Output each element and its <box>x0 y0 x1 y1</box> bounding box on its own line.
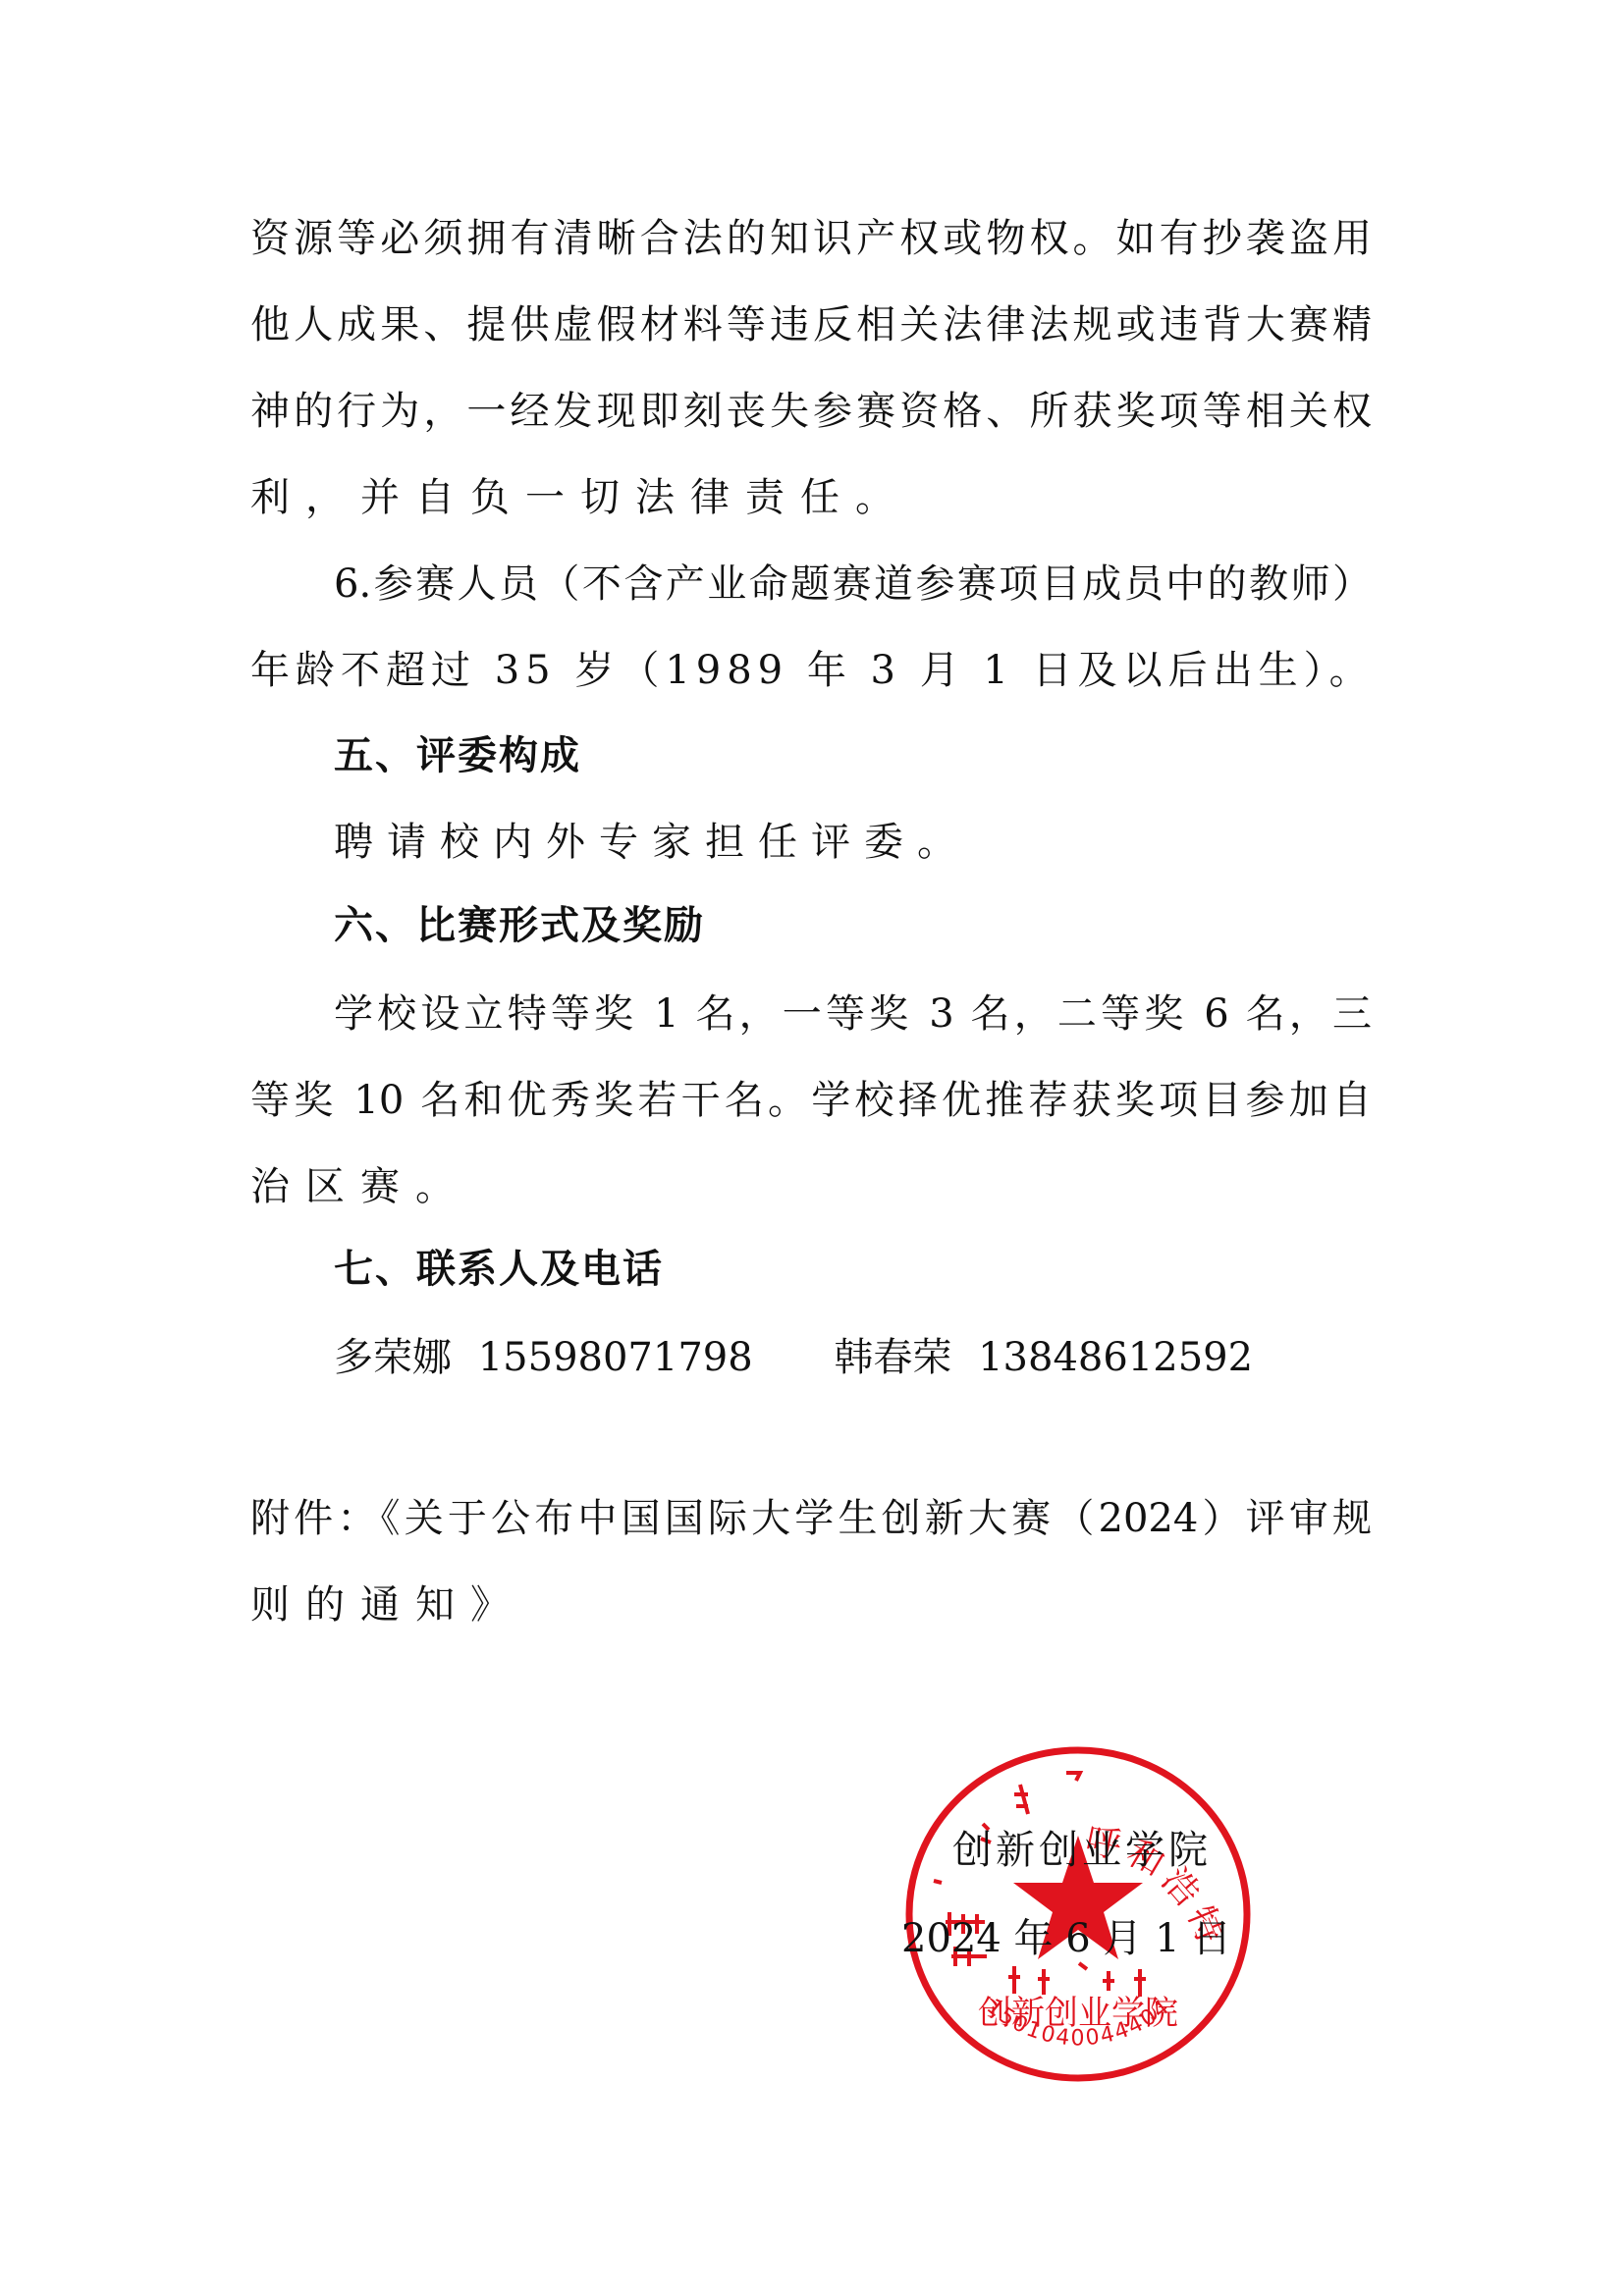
paragraph-line: 利，并自负一切法律责任。 <box>250 473 1372 522</box>
document-page: 资源等必须拥有清晰合法的知识产权或物权。如有抄袭盗用 他人成果、提供虚假材料等违… <box>0 0 1624 2296</box>
contact-phone: 15598071798 <box>478 1333 753 1382</box>
paragraph-line: 神的行为，一经发现即刻丧失参赛资格、所获奖项等相关权 <box>250 387 1372 436</box>
attachment-line: 附件：《关于公布中国国际大学生创新大赛（2024）评审规 <box>250 1494 1372 1543</box>
section-heading-contacts: 七、联系人及电话 <box>334 1245 664 1294</box>
awards-line: 治区赛。 <box>250 1162 1372 1211</box>
item-6-line: 6.参赛人员（不含产业命题赛道参赛项目成员中的教师） <box>334 560 1372 609</box>
signature-date: 2024 年 6 月 1 日 <box>901 1914 1231 1963</box>
contact-name: 韩春荣 <box>834 1333 951 1382</box>
contacts-line: 多荣娜 15598071798 韩春荣 13848612592 <box>334 1333 1253 1382</box>
paragraph-line: 他人成果、提供虚假材料等违反相关法律法规或违背大赛精 <box>250 300 1372 349</box>
section-heading-awards: 六、比赛形式及奖励 <box>334 901 705 950</box>
signature-org: 创新创业学院 <box>952 1826 1212 1875</box>
awards-line: 等奖 10 名和优秀奖若干名。学校择优推荐获奖项目参加自 <box>250 1076 1372 1125</box>
contact-phone: 13848612592 <box>978 1333 1253 1382</box>
contact-name: 多荣娜 <box>334 1333 452 1382</box>
attachment-line: 则的通知》 <box>250 1580 1372 1629</box>
awards-line: 学校设立特等奖 1 名，一等奖 3 名，二等奖 6 名，三 <box>334 989 1372 1039</box>
section-heading-judges: 五、评委构成 <box>334 731 581 780</box>
section-body-judges: 聘请校内外专家担任评委。 <box>334 818 970 867</box>
paragraph-line: 资源等必须拥有清晰合法的知识产权或物权。如有抄袭盗用 <box>250 214 1372 263</box>
item-6-line: 年龄不超过 35 岁（1989 年 3 月 1 日及以后出生）。 <box>250 646 1372 695</box>
